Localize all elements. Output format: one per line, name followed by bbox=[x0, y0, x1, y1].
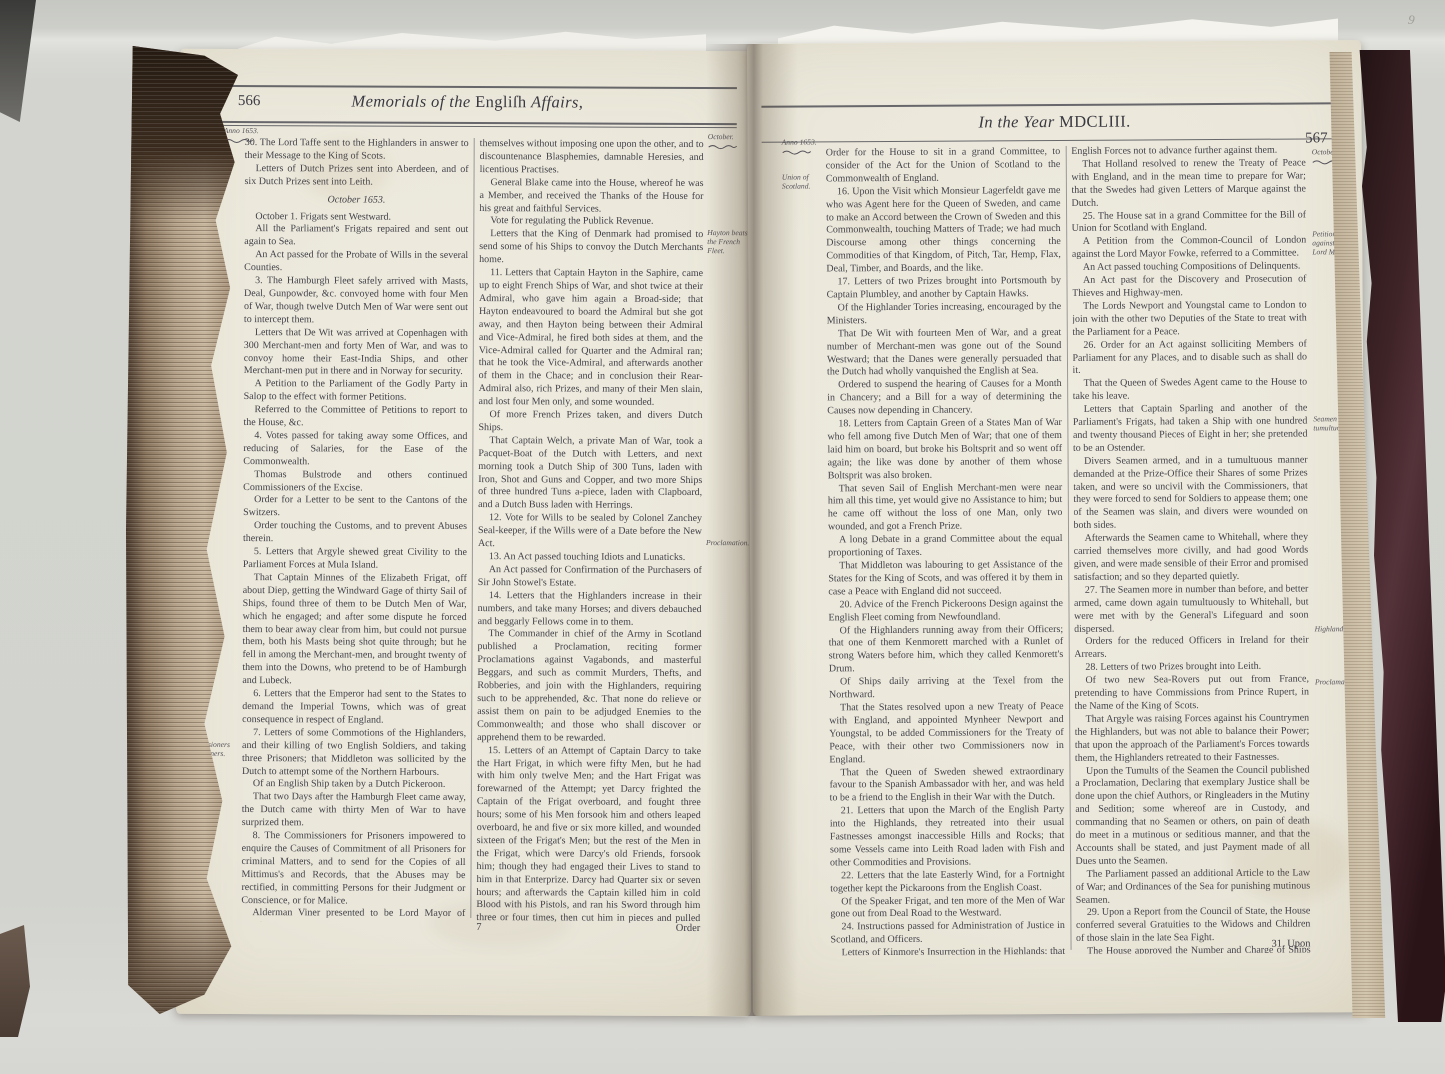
paragraph: Order for the House to sit in a grand Co… bbox=[826, 146, 1061, 186]
paragraph: An Act past for the Discovery and Prosec… bbox=[1072, 274, 1307, 301]
paragraph: 30. The Lord Taffe sent to the Highlande… bbox=[245, 137, 469, 164]
paragraph: Alderman Viner presented to be Lord Mayo… bbox=[241, 907, 465, 922]
left-page-footer: 7 Order bbox=[476, 922, 700, 934]
margin-note: Hayton beats the French Fleet. bbox=[707, 229, 753, 256]
header-rule-double-2-left bbox=[194, 125, 737, 128]
header-rule-top-right bbox=[761, 102, 1343, 107]
paragraph: A Petition from the Common-Council of Lo… bbox=[1072, 235, 1307, 262]
paragraph: A long Debate in a grand Committee about… bbox=[828, 533, 1063, 560]
left-page-column-2: themselves without imposing one upon the… bbox=[476, 138, 703, 923]
running-title-segment: In the Year bbox=[978, 112, 1059, 131]
paragraph: Upon the Tumults of the Seamen the Counc… bbox=[1075, 764, 1310, 869]
paragraph: 11. Letters that Captain Hayton in the S… bbox=[479, 267, 704, 410]
paragraph: Of the Highlander Tories increasing, enc… bbox=[827, 301, 1062, 328]
paragraph: Letters that De Wit was arrived at Copen… bbox=[244, 327, 468, 380]
paragraph: Of more French Prizes taken, and divers … bbox=[478, 409, 702, 436]
right-page-column-1: Order for the House to sit in a grand Co… bbox=[826, 146, 1065, 955]
section-heading: October 1653. bbox=[244, 194, 468, 208]
margin-note: Union of Scotland. bbox=[782, 173, 828, 191]
paragraph: 4. Votes passed for taking away some Off… bbox=[243, 430, 467, 470]
paragraph: 27. The Seamen more in number than befor… bbox=[1074, 583, 1309, 636]
column-divider-left-page bbox=[470, 138, 474, 918]
paragraph: Of an English Ship taken by a Dutch Pick… bbox=[242, 778, 466, 792]
paragraph: Thomas Bulstrode and others continued Co… bbox=[243, 469, 467, 496]
paragraph: That two Days after the Hamburgh Fleet c… bbox=[242, 791, 466, 831]
paragraph: An Act passed for the Probate of Wills i… bbox=[244, 249, 468, 276]
paragraph: 5. Letters that Argyle shewed great Civi… bbox=[243, 546, 467, 573]
paragraph: Order for a Letter to be sent to the Can… bbox=[243, 494, 467, 521]
paragraph: The Lords Newport and Youngstal came to … bbox=[1072, 299, 1307, 339]
paragraph: That Captain Welch, a private Man of War… bbox=[478, 435, 702, 513]
paragraph: 18. Letters from Captain Green of a Stat… bbox=[827, 417, 1062, 483]
catchword-left: Order bbox=[676, 923, 701, 934]
paragraph: The Commander in chief of the Army in Sc… bbox=[477, 628, 702, 745]
paragraph: All the Parliament's Frigats repaired an… bbox=[244, 223, 468, 250]
background-shadow-bottom-left bbox=[0, 925, 30, 1037]
margin-note: Anno 1653. bbox=[224, 127, 270, 145]
running-title-segment: Affairs, bbox=[531, 92, 583, 111]
paragraph: Vote for regulating the Publick Revenue. bbox=[479, 215, 703, 229]
running-title-segment: Memorials of the bbox=[351, 91, 475, 111]
paragraph: 17. Letters of two Prizes brought into P… bbox=[826, 275, 1061, 302]
paragraph: An Act passed for Confirmation of the Pu… bbox=[478, 564, 702, 591]
paragraph: Letters that the King of Denmark had pro… bbox=[479, 228, 703, 268]
paragraph: 22. Letters that the late Easterly Wind,… bbox=[830, 869, 1065, 896]
paragraph: Of Ships daily arriving at the Texel fro… bbox=[829, 675, 1064, 702]
running-title-left: Memorials of the Engliſh Affairs, bbox=[180, 91, 755, 114]
paragraph: That seven Sail of English Merchant-men … bbox=[828, 482, 1063, 535]
header-rule-top-left bbox=[194, 85, 737, 89]
header-rule-double-1-left bbox=[194, 121, 737, 125]
paragraph: themselves without imposing one upon the… bbox=[480, 138, 704, 178]
paragraph: 16. Upon the Visit which Monsieur Lagerf… bbox=[826, 185, 1061, 277]
book-photo-scene: 566 Memorials of the Engliſh Affairs, 30… bbox=[0, 0, 1445, 1074]
right-page-text-block: Order for the House to sit in a grand Co… bbox=[826, 144, 1311, 955]
paragraph: English Forces not to advance further ag… bbox=[1071, 144, 1306, 158]
left-page-text-block: 30. The Lord Taffe sent to the Highlande… bbox=[241, 137, 703, 923]
paragraph: 8. The Commissioners for Prisoners impow… bbox=[241, 830, 465, 908]
paragraph: 7. Letters of some Commotions of the Hig… bbox=[242, 727, 466, 780]
running-title-right: In the Year MDCLIII. bbox=[747, 110, 1361, 134]
paragraph: 21. Letters that upon the March of the E… bbox=[830, 804, 1065, 870]
header-rule-bottom-right bbox=[762, 138, 1344, 143]
paragraph: Order touching the Customs, and to preve… bbox=[243, 520, 467, 547]
page-left-566: 566 Memorials of the Engliſh Affairs, 30… bbox=[176, 49, 755, 1016]
paragraph: Of two new Sea-Rovers put out from Franc… bbox=[1074, 674, 1309, 714]
paragraph: Ordered to suspend the hearing of Causes… bbox=[827, 378, 1062, 418]
paragraph: 12. Vote for Wills to be sealed by Colon… bbox=[478, 512, 702, 552]
pencil-mark: 9 bbox=[1407, 12, 1416, 29]
running-title-segment: Engliſh bbox=[475, 92, 531, 111]
paragraph: The Parliament passed an additional Arti… bbox=[1076, 867, 1311, 907]
paragraph: Letters that Captain Sparling and anothe… bbox=[1073, 403, 1308, 456]
paragraph: October 1. Frigats sent Westward. bbox=[244, 211, 468, 225]
paragraph: 20. Advice of the French Pickeroons Desi… bbox=[828, 598, 1063, 625]
paragraph: Referred to the Committee of Petitions t… bbox=[243, 404, 467, 431]
paragraph: That De Wit with fourteen Men of War, an… bbox=[827, 327, 1062, 380]
paragraph: That Middleton was labouring to get Assi… bbox=[828, 559, 1063, 599]
paragraph: Of the Highlanders running away from the… bbox=[829, 623, 1064, 676]
right-page-column-2: English Forces not to advance further ag… bbox=[1071, 144, 1310, 953]
paragraph: That Argyle was raising Forces against h… bbox=[1075, 712, 1310, 765]
page-right-567: In the Year MDCLIII. 567 Order for the H… bbox=[747, 40, 1367, 1016]
margin-note: Anno 1653. bbox=[782, 138, 828, 156]
paragraph: General Blake came into the House, where… bbox=[479, 177, 703, 217]
signature-mark: 7 bbox=[476, 922, 481, 933]
paragraph: Orders for the reduced Officers in Irela… bbox=[1074, 635, 1309, 662]
running-title-segment: MDCLIII. bbox=[1059, 112, 1131, 131]
paragraph: A Petition to the Parliament of the Godl… bbox=[244, 378, 468, 405]
margin-note: Proclamation. bbox=[706, 539, 752, 548]
left-page-column-1: 30. The Lord Taffe sent to the Highlande… bbox=[241, 137, 468, 922]
paragraph: That the Queen of Swedes Agent came to t… bbox=[1073, 377, 1308, 404]
paragraph: 13. An Act passed touching Idiots and Lu… bbox=[478, 551, 702, 565]
paragraph: That the States resolved upon a new Trea… bbox=[829, 701, 1064, 767]
background-shadow-top-left bbox=[0, 0, 36, 122]
swash-flourish bbox=[708, 143, 738, 151]
paragraph: Divers Seamen armed, and in a tumultuous… bbox=[1073, 454, 1308, 533]
paragraph: 25. The House sat in a grand Committee f… bbox=[1072, 209, 1307, 236]
swash-flourish bbox=[782, 148, 812, 156]
paragraph: 6. Letters that the Emperor had sent to … bbox=[242, 688, 466, 728]
paragraph: 14. Letters that the Highlanders increas… bbox=[478, 590, 702, 630]
paragraph: 15. Letters of an Attempt of Captain Dar… bbox=[476, 745, 701, 923]
paragraph: 26. Order for an Act against solliciting… bbox=[1072, 338, 1307, 378]
paragraph: That Holland resolved to renew the Treat… bbox=[1071, 157, 1306, 210]
paragraph: Of the Speaker Frigat, and ten more of t… bbox=[830, 895, 1065, 922]
page-stack-dark-top bbox=[126, 46, 238, 221]
paragraph: Afterwards the Seamen came to Whitehall,… bbox=[1074, 532, 1309, 585]
paragraph: That Captain Minnes of the Elizabeth Fri… bbox=[242, 572, 467, 689]
paragraph: That the Queen of Sweden shewed extraord… bbox=[829, 765, 1064, 805]
paragraph: 3. The Hamburgh Fleet safely arrived wit… bbox=[244, 275, 468, 328]
column-divider-right-page bbox=[1065, 146, 1071, 950]
paragraph: Letters of Dutch Prizes sent into Aberde… bbox=[244, 163, 468, 190]
